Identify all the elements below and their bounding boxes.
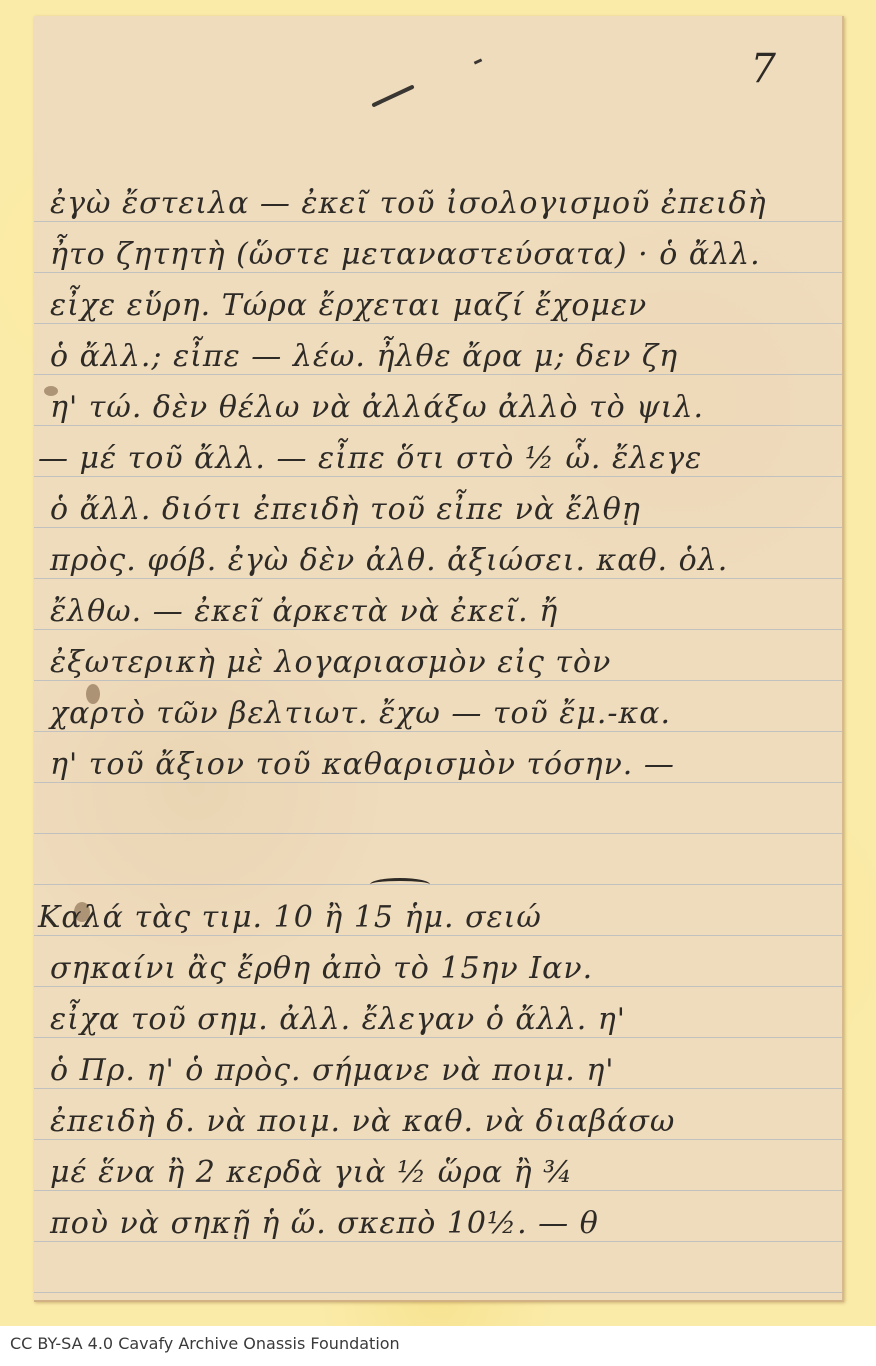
handwritten-line: — μέ τοῦ ἄλλ. — εἶπε ὅτι στὸ ½ ὧ. ἔλεγε bbox=[38, 441, 702, 476]
handwritten-line: μέ ἕνα ἢ 2 κερδὰ γιὰ ½ ὥρα ἢ ¾ bbox=[50, 1155, 573, 1190]
ruled-line bbox=[34, 272, 842, 273]
handwritten-line: η' τοῦ ἄξιον τοῦ καθαρισμὸν τόσην. — bbox=[50, 747, 675, 782]
ruled-line bbox=[34, 884, 842, 885]
page-number: 7 bbox=[751, 46, 776, 92]
handwritten-line: σηκαίνι ἂς ἔρθη ἀπὸ τὸ 15ην Ιαν. bbox=[50, 951, 593, 986]
handwritten-line: ὁ Πρ. η' ὁ πρὸς. σήμανε νὰ ποιμ. η' bbox=[50, 1053, 615, 1088]
ruled-line bbox=[34, 833, 842, 834]
ruled-line bbox=[34, 527, 842, 528]
ruled-line bbox=[34, 476, 842, 477]
ruled-line bbox=[34, 578, 842, 579]
handwritten-line: ἐπειδὴ δ. νὰ ποιμ. νὰ καθ. νὰ διαβάσω bbox=[50, 1104, 675, 1139]
ruled-line bbox=[34, 1139, 842, 1140]
ruled-line bbox=[34, 1241, 842, 1242]
handwritten-line: Καλά τὰς τιμ. 10 ἢ 15 ἡμ. σειώ bbox=[38, 900, 542, 935]
manuscript-page: 7 ἐγὼ ἔστειλα — ἐκεῖ τοῦ ἰσολογισμοῦ ἐπε… bbox=[34, 16, 844, 1302]
handwritten-line: ἐξωτερικὴ μὲ λογαριασμὸν εἰς τὸν bbox=[50, 645, 611, 680]
handwritten-line: πρὸς. φόβ. ἐγὼ δὲν ἀλθ. ἀξιώσει. καθ. ὁλ… bbox=[50, 543, 728, 578]
ruled-line bbox=[34, 986, 842, 987]
ruled-line bbox=[34, 1037, 842, 1038]
ruled-line bbox=[34, 782, 842, 783]
ruled-line bbox=[34, 1190, 842, 1191]
handwritten-line: ἐγὼ ἔστειλα — ἐκεῖ τοῦ ἰσολογισμοῦ ἐπειδ… bbox=[50, 186, 767, 221]
license-caption: CC BY-SA 4.0 Cavafy Archive Onassis Foun… bbox=[10, 1334, 400, 1353]
ruled-line bbox=[34, 1292, 842, 1293]
handwritten-line: εἶχα τοῦ σημ. ἀλλ. ἔλεγαν ὁ ἄλλ. η' bbox=[50, 1002, 626, 1037]
handwritten-line: εἶχε εὕρη. Τώρα ἔρχεται μαζί ἔχομεν bbox=[50, 288, 647, 323]
handwritten-line: ἔλθω. — ἐκεῖ ἀρκετὰ νὰ ἐκεῖ. ἤ bbox=[50, 594, 558, 629]
ruled-line bbox=[34, 680, 842, 681]
handwritten-line: ὁ ἄλλ. διότι ἐπειδὴ τοῦ εἶπε νὰ ἔλθῃ bbox=[50, 492, 641, 527]
scan-background: 7 ἐγὼ ἔστειλα — ἐκεῖ τοῦ ἰσολογισμοῦ ἐπε… bbox=[0, 0, 876, 1326]
handwritten-line: ὁ ἄλλ.; εἶπε — λέω. ἦλθε ἄρα μ; δεν ζη bbox=[50, 339, 678, 374]
section-separator-flourish bbox=[370, 878, 430, 891]
ruled-line bbox=[34, 323, 842, 324]
handwritten-line: η' τώ. δὲν θέλω νὰ ἀλλάξω ἀλλὸ τὸ ψιλ. bbox=[50, 390, 704, 425]
ruled-line bbox=[34, 1088, 842, 1089]
ruled-line bbox=[34, 425, 842, 426]
ink-dot-mark bbox=[474, 58, 483, 64]
handwritten-line: ἦτο ζητητὴ (ὥστε μεταναστεύσατα) · ὁ ἄλλ… bbox=[50, 237, 761, 272]
handwritten-line: ποὺ νὰ σηκῇ ἡ ὥ. σκεπὸ 10½. — θ bbox=[50, 1206, 599, 1241]
ink-dash-mark bbox=[371, 84, 414, 107]
ruled-line bbox=[34, 221, 842, 222]
handwritten-line: χαρτὸ τῶν βελτιωτ. ἔχω — τοῦ ἔμ.-κα. bbox=[50, 696, 671, 731]
ruled-line bbox=[34, 374, 842, 375]
ruled-line bbox=[34, 629, 842, 630]
ruled-line bbox=[34, 731, 842, 732]
ruled-line bbox=[34, 935, 842, 936]
